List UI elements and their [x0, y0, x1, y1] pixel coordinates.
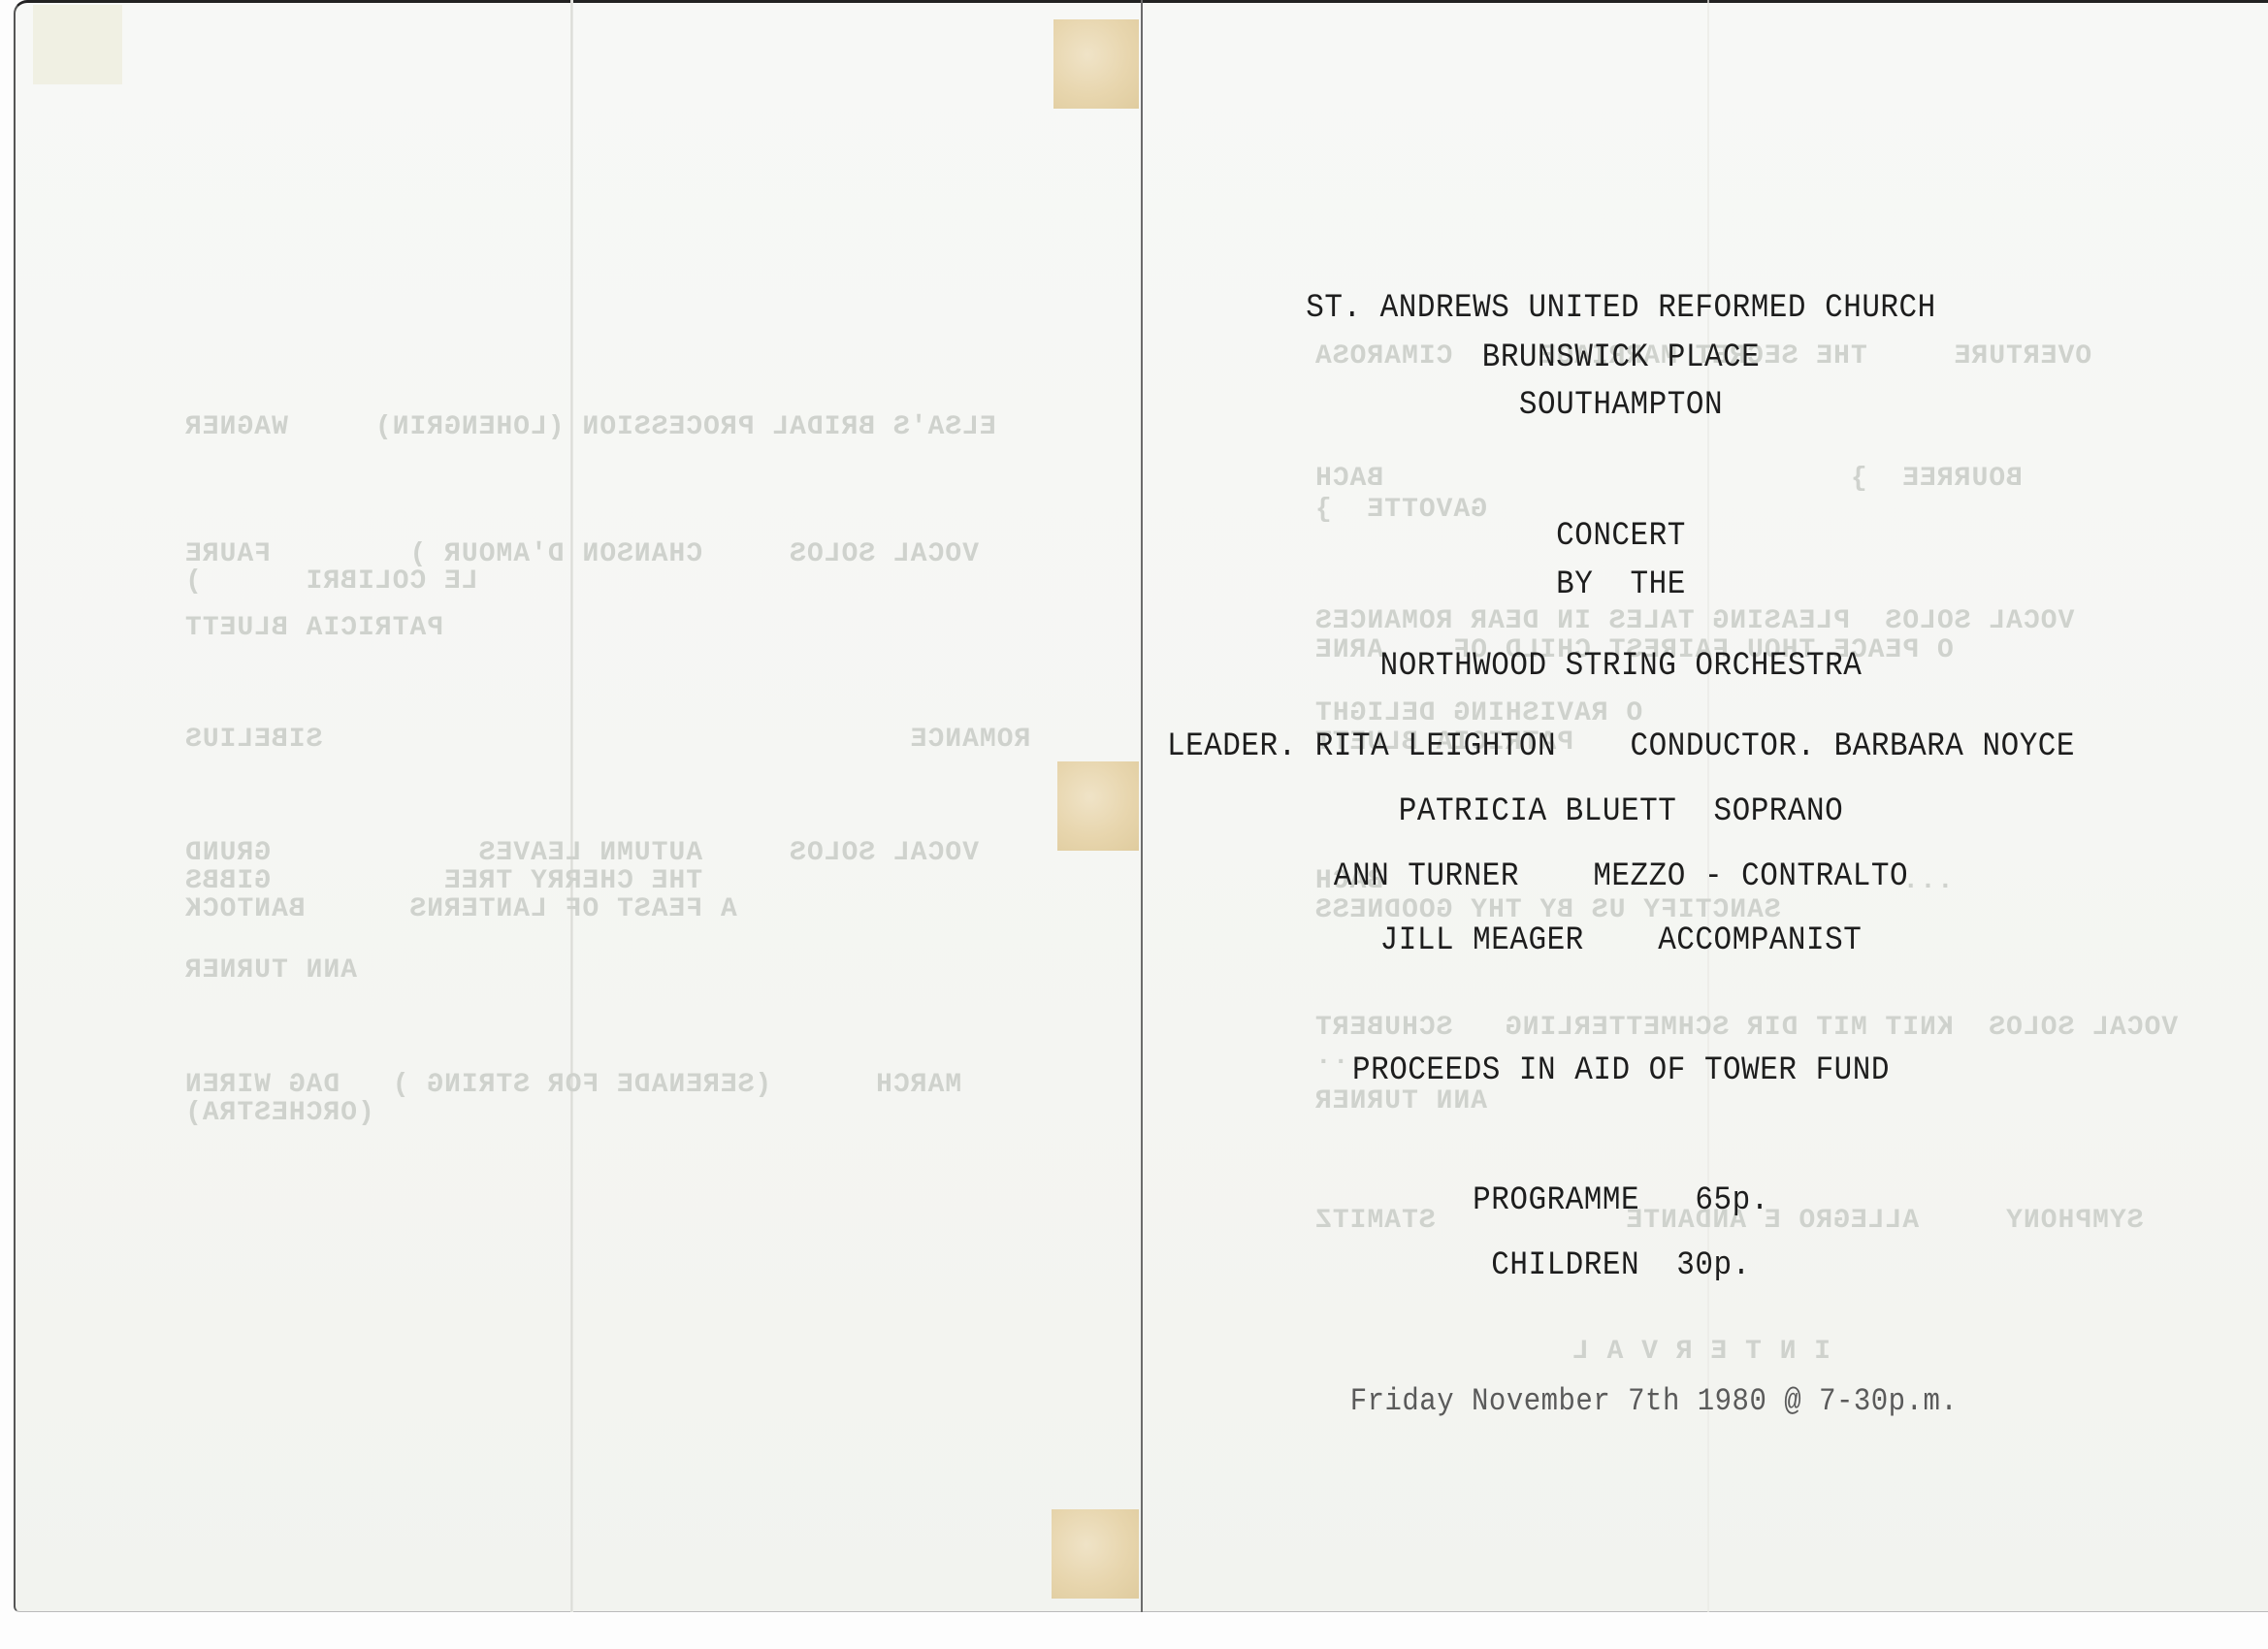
- accompanist: JILL MEAGER ACCOMPANIST: [1141, 921, 2101, 959]
- show-through-line: VOCAL SOLOS AUTUMN LEAVES GRUND: [184, 838, 979, 868]
- tape-patch-middle-center: [1057, 761, 1139, 851]
- show-through-line: THE CHERRY TREE GIBBS: [184, 866, 979, 896]
- show-through-line: A FEAST OF LANTERNS BANTOCK: [184, 894, 1014, 924]
- tape-patch-bottom-center: [1052, 1509, 1139, 1599]
- concert-heading: CONCERT: [1141, 517, 2101, 555]
- show-through-line: MARCH (SERENADE FOR STRING ) DAG WIREN: [184, 1070, 961, 1100]
- left-page-fold-crease: [570, 0, 573, 1612]
- event-date-time: Friday November 7th 1980 @ 7-30p.m.: [1174, 1383, 2134, 1419]
- show-through-line: I N T E R V A L: [1571, 1337, 1831, 1367]
- show-through-line: PATRICIA BLUETT: [184, 613, 720, 643]
- show-through-line: ANN TURNER: [1314, 1086, 1711, 1116]
- proceeds-note: PROCEEDS IN AID OF TOWER FUND: [1141, 1051, 2101, 1089]
- show-through-line: VOCAL SOLOS CHANSON D'AMOUR ) FAURE: [184, 539, 979, 569]
- church-town: SOUTHAMPTON: [1141, 386, 2101, 424]
- church-name: ST. ANDREWS UNITED REFORMED CHURCH: [1141, 289, 2101, 327]
- programme-price: PROGRAMME 65p.: [1141, 1181, 2101, 1219]
- show-through-line: ROMANCE SIBELIUS: [184, 725, 1030, 755]
- show-through-line: BOURREE } BACH: [1314, 464, 2023, 494]
- leader-conductor: LEADER. RITA LEIGHTON CONDUCTOR. BARBARA…: [1141, 727, 2101, 765]
- show-through-line: ANN TURNER: [184, 955, 633, 986]
- show-through-line: VOCAL SOLOS PLEASING TALES IN DEAR ROMAN…: [1314, 606, 2074, 636]
- tape-patch-top-left: [33, 5, 122, 84]
- show-through-line: VOCAL SOLOS KNIT MIT DIR SCHMETTERLING S…: [1314, 1013, 2178, 1043]
- mezzo-soloist: ANN TURNER MEZZO - CONTRALTO: [1141, 857, 2101, 895]
- children-price: CHILDREN 30p.: [1141, 1246, 2101, 1284]
- church-street: BRUNSWICK PLACE: [1141, 339, 2101, 376]
- show-through-line: LE COLIBRI ): [184, 566, 755, 597]
- tape-patch-top-center: [1053, 19, 1139, 109]
- show-through-line: O RAVISHING DELIGHT: [1314, 698, 1867, 728]
- show-through-line: ELSA'S BRIDAL PROCESSION (LOHENGRIN) WAG…: [184, 412, 996, 442]
- by-the-heading: BY THE: [1141, 566, 2101, 603]
- show-through-line: (ORCHESTRA): [184, 1098, 565, 1128]
- soprano-soloist: PATRICIA BLUETT SOPRANO: [1141, 792, 2101, 830]
- orchestra-name: NORTHWOOD STRING ORCHESTRA: [1141, 647, 2101, 685]
